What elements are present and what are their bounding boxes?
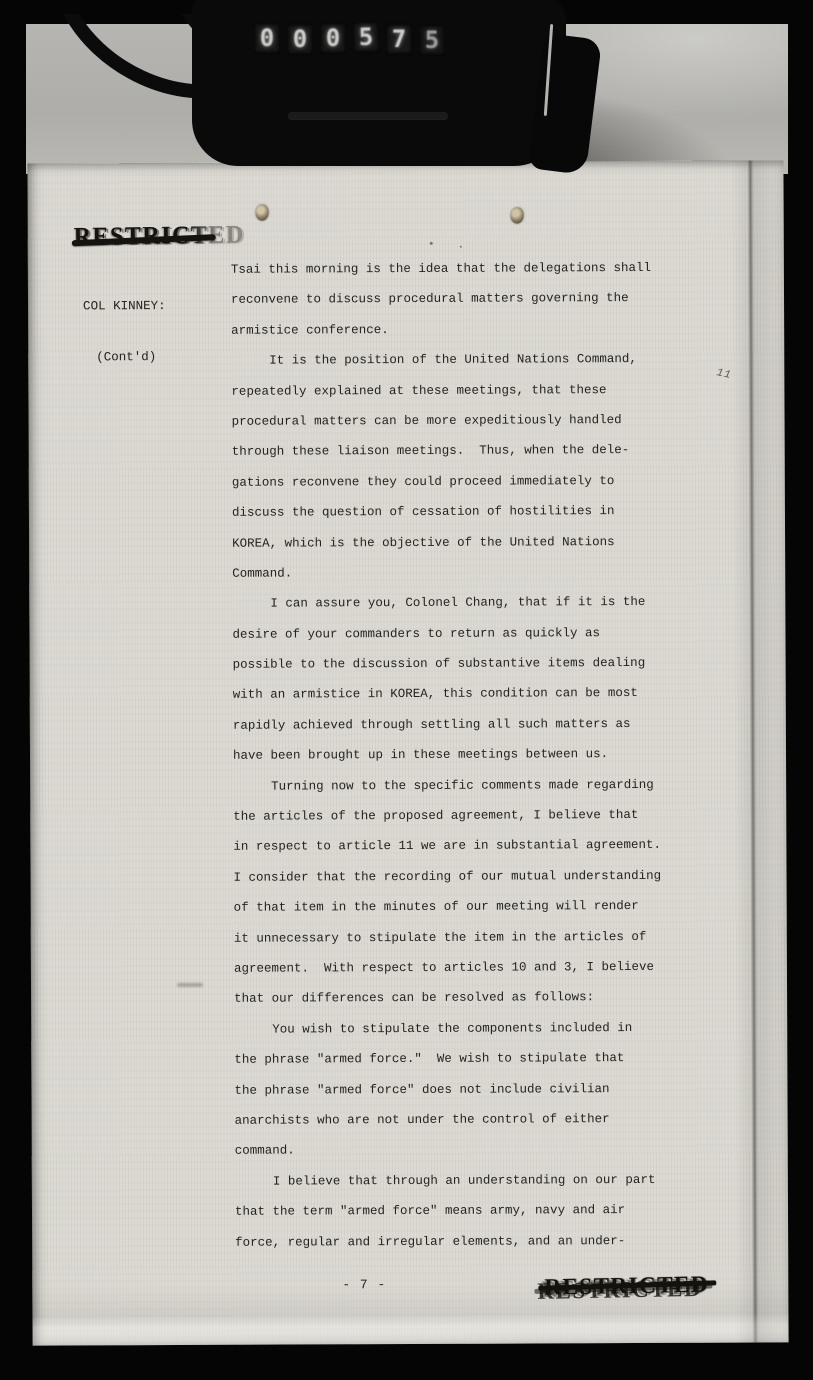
- paper-crease: [747, 160, 758, 1342]
- text-line: KOREA, which is the objective of the Uni…: [232, 526, 702, 558]
- text-line: agreement. With respect to articles 10 a…: [234, 952, 704, 984]
- text-line: Command.: [232, 557, 702, 589]
- text-line: gations reconvene they could proceed imm…: [232, 465, 702, 497]
- text-line: it unnecessary to stipulate the item in …: [234, 921, 704, 953]
- text-line: anarchists who are not under the control…: [235, 1104, 705, 1136]
- text-line: I believe that through an understanding …: [235, 1164, 705, 1196]
- text-line: have been brought up in these meetings b…: [233, 739, 703, 771]
- text-line: with an armistice in KOREA, this conditi…: [233, 678, 703, 710]
- text-line: You wish to stipulate the components inc…: [234, 1012, 704, 1044]
- text-line: of that item in the minutes of our meeti…: [234, 891, 704, 923]
- counter-digit: 0: [320, 22, 346, 54]
- dust-speck: [430, 242, 433, 245]
- margin-pen-mark: 11: [715, 367, 732, 382]
- speaker-name: COL KINNEY:: [83, 298, 166, 315]
- counter-slot: [288, 112, 448, 119]
- text-line: that our differences can be resolved as …: [234, 982, 704, 1014]
- counter-digit: 0: [287, 23, 313, 55]
- text-line: repeatedly explained at these meetings, …: [231, 374, 701, 406]
- text-line: reconvene to discuss procedural matters …: [231, 283, 701, 315]
- body-text: Tsai this morning is the idea that the d…: [231, 253, 705, 1258]
- text-line: the articles of the proposed agreement, …: [233, 800, 703, 832]
- text-line: It is the position of the United Nations…: [231, 344, 701, 376]
- text-line: the phrase "armed force." We wish to sti…: [234, 1043, 704, 1075]
- text-line: that the term "armed force" means army, …: [235, 1195, 705, 1227]
- counter-digit: 0: [254, 22, 280, 54]
- text-line: the phrase "armed force" does not includ…: [234, 1073, 704, 1105]
- counter-digit: 5: [419, 24, 445, 56]
- text-line: Tsai this morning is the idea that the d…: [231, 253, 701, 285]
- text-line: armistice conference.: [231, 313, 701, 345]
- paper-fastener-icon: [256, 205, 269, 221]
- text-line: through these liaison meetings. Thus, wh…: [232, 435, 702, 467]
- speaker-label: COL KINNEY: (Cont'd): [83, 264, 166, 400]
- dust-speck: [460, 246, 462, 248]
- paper-fastener-icon: [511, 207, 524, 223]
- text-line: Turning now to the specific comments mad…: [233, 769, 703, 801]
- film-counter-device: 000575: [192, 0, 566, 166]
- text-line: in respect to article 11 we are in subst…: [233, 830, 703, 862]
- page-number: - 7 -: [342, 1277, 386, 1292]
- document-page: RESTRICTED COL KINNEY: (Cont'd) Tsai thi…: [27, 160, 788, 1345]
- text-line: force, regular and irregular elements, a…: [235, 1225, 705, 1257]
- text-line: desire of your commanders to return as q…: [232, 617, 702, 649]
- scanned-document-frame: 000575 RESTRICTED COL KINNEY: (Cont'd) T…: [0, 0, 813, 1380]
- pencil-smudge: [177, 983, 203, 987]
- text-line: command.: [235, 1134, 705, 1166]
- counter-digit-window: 000575: [254, 22, 445, 54]
- counter-digit: 5: [352, 21, 379, 54]
- text-line: I can assure you, Colonel Chang, that if…: [232, 587, 702, 619]
- text-line: rapidly achieved through settling all su…: [233, 709, 703, 741]
- text-line: I consider that the recording of our mut…: [233, 861, 703, 893]
- counter-digit: 7: [386, 23, 412, 55]
- text-line: procedural matters can be more expeditio…: [231, 405, 701, 437]
- speaker-continued: (Cont'd): [83, 349, 166, 366]
- text-line: possible to the discussion of substantiv…: [233, 648, 703, 680]
- text-line: discuss the question of cessation of hos…: [232, 496, 702, 528]
